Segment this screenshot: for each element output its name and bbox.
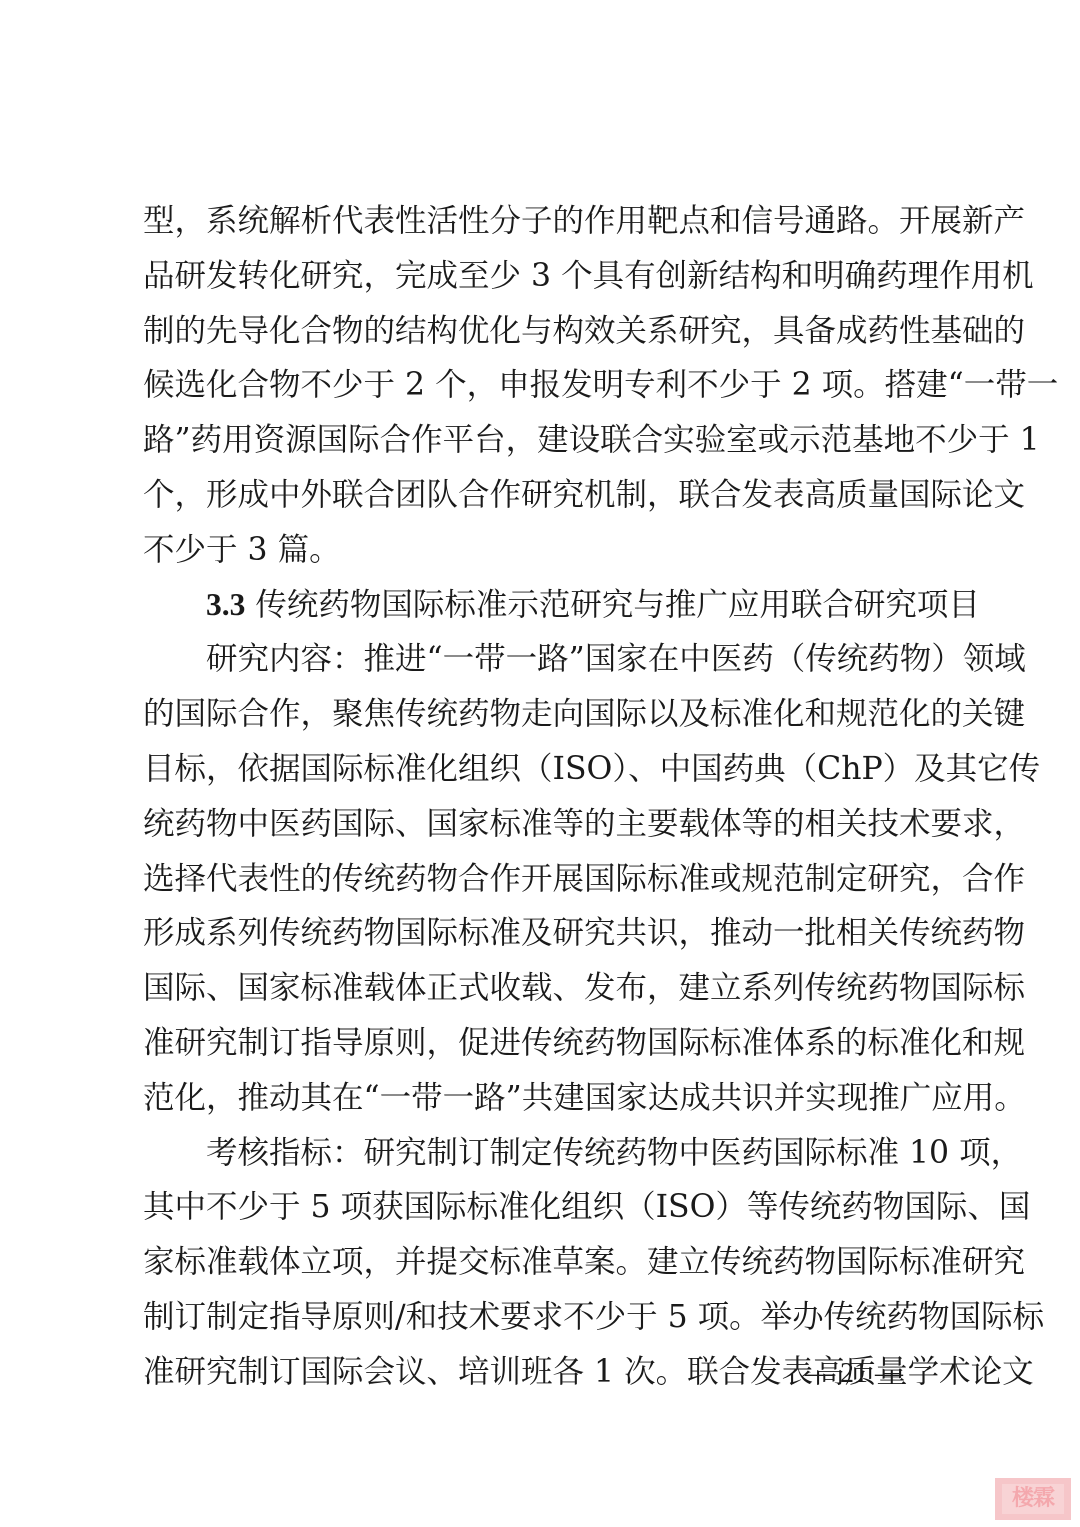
paragraph-line: 路”药用资源国际合作平台，建设联合实验室或示范基地不少于 1 [143,413,939,468]
paragraph-line: 个，形成中外联合团队合作研究机制，联合发表高质量国际论文 [143,468,939,523]
research-content-line: 形成系列传统药物国际标准及研究共识，推动一批相关传统药物 [143,906,939,961]
research-content-line: 目标，依据国际标准化组织（ISO）、中国药典（ChP）及其它传 [143,742,939,797]
section-number: 3.3 [206,587,245,622]
seal-text: 楼霖 [1002,1484,1064,1514]
research-content-line: 选择代表性的传统药物合作开展国际标准或规范制定研究，合作 [143,852,939,907]
body-text: 型，系统解析代表性活性分子的作用靶点和信号通路。开展新产 品研发转化研究，完成至… [143,194,939,1400]
research-content-line: 国际、国家标准载体正式收载、发布，建立系列传统药物国际标 [143,961,939,1016]
section-title: 传统药物国际标准示范研究与推广应用联合研究项目 [255,587,980,623]
page-number: — 21 — [805,1358,903,1390]
document-page: 型，系统解析代表性活性分子的作用靶点和信号通路。开展新产 品研发转化研究，完成至… [0,0,1080,1527]
paragraph-line: 候选化合物不少于 2 个，申报发明专利不少于 2 项。搭建“一带一 [143,358,939,413]
assessment-line: 其中不少于 5 项获国际标准化组织（ISO）等传统药物国际、国 [143,1180,939,1235]
assessment-line: 家标准载体立项，并提交标准草案。建立传统药物国际标准研究 [143,1235,939,1290]
paragraph-line: 品研发转化研究，完成至少 3 个具有创新结构和明确药理作用机 [143,249,939,304]
research-content-line: 的国际合作，聚焦传统药物走向国际以及标准化和规范化的关键 [143,687,939,742]
research-content-line: 范化，推动其在“一带一路”共建国家达成共识并实现推广应用。 [143,1071,939,1126]
seal-stamp-icon: 楼霖 [995,1478,1071,1520]
paragraph-line: 型，系统解析代表性活性分子的作用靶点和信号通路。开展新产 [143,194,939,249]
research-content-line: 研究内容：推进“一带一路”国家在中医药（传统药物）领域 [143,632,939,687]
assessment-line: 考核指标：研究制订制定传统药物中医药国际标准 10 项， [143,1126,939,1181]
assessment-line: 制订制定指导原则/和技术要求不少于 5 项。举办传统药物国际标 [143,1290,939,1345]
research-content-line: 准研究制订指导原则，促进传统药物国际标准体系的标准化和规 [143,1016,939,1071]
paragraph-line: 制的先导化合物的结构优化与构效关系研究，具备成药性基础的 [143,304,939,359]
paragraph-line: 不少于 3 篇。 [143,523,939,578]
section-heading: 3.3 传统药物国际标准示范研究与推广应用联合研究项目 [143,578,939,633]
research-content-line: 统药物中医药国际、国家标准等的主要载体等的相关技术要求， [143,797,939,852]
